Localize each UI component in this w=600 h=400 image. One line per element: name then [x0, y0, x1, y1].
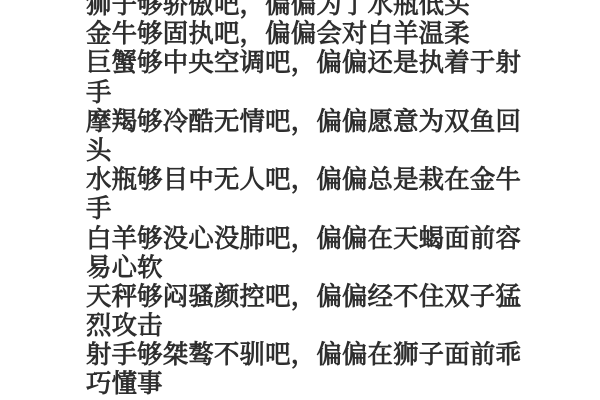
- text-line: 易心软: [86, 254, 556, 283]
- text-line: 天秤够闷骚颜控吧，偏偏经不住双子猛: [86, 283, 556, 312]
- text-line: 巨蟹够中央空调吧，偏偏还是执着于射: [86, 49, 556, 78]
- text-line: 巧懂事: [86, 370, 556, 399]
- text-line: 金牛够固执吧，偏偏会对白羊温柔: [86, 20, 556, 49]
- text-line: 烈攻击: [86, 312, 556, 341]
- text-line: 射手够桀骜不驯吧，偏偏在狮子面前乖: [86, 341, 556, 370]
- text-line: 手: [86, 79, 556, 108]
- text-line: 狮子够骄傲吧，偏偏为了水瓶低头: [86, 0, 556, 20]
- text-line: 手: [86, 195, 556, 224]
- text-line: 摩羯够冷酷无情吧，偏偏愿意为双鱼回: [86, 108, 556, 137]
- text-line: 白羊够没心没肺吧，偏偏在天蝎面前容: [86, 225, 556, 254]
- text-content: 狮子够骄傲吧，偏偏为了水瓶低头 金牛够固执吧，偏偏会对白羊温柔 巨蟹够中央空调吧…: [86, 0, 556, 400]
- document-page: 狮子够骄傲吧，偏偏为了水瓶低头 金牛够固执吧，偏偏会对白羊温柔 巨蟹够中央空调吧…: [0, 0, 600, 400]
- text-line: 头: [86, 137, 556, 166]
- text-line: 水瓶够目中无人吧，偏偏总是栽在金牛: [86, 166, 556, 195]
